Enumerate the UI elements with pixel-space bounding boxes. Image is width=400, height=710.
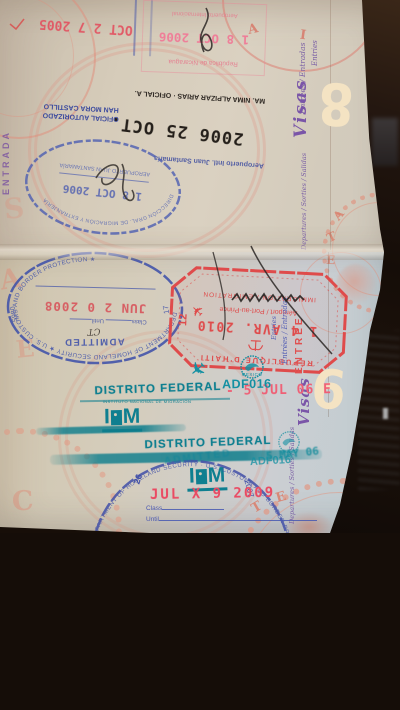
cbp-pen-note: CT: [87, 325, 100, 336]
inm1-agency: INSTITUTO NACIONAL DE MIGRACION: [102, 400, 192, 405]
until-label: Until: [92, 317, 104, 323]
haiti-emblem: [246, 337, 265, 353]
label-visas: Visas: [292, 58, 312, 138]
class-label: Class: [132, 318, 147, 324]
cbp-class-until: Class Until: [70, 315, 147, 327]
stamp-country: República de Nicaragua: [168, 57, 238, 67]
cbp2009-class-until: Class Until: [146, 503, 336, 525]
cbp-date: JUN 2 0 2008: [33, 298, 157, 316]
until-label: Until: [146, 516, 159, 523]
stamp-nicaragua: República de Nicaragua 1 8 OCT 2006 Aero…: [141, 0, 267, 76]
stamp-us-cbp-2008: DEPARTMENT OF HOMELAND SECURITY ★ U.S. C…: [0, 246, 188, 371]
background-highlight: [383, 408, 388, 419]
label-entrees-entradas-9: Entrées / Entradas: [281, 272, 289, 364]
label-departures: Departures / Sorties / Salidas: [301, 152, 308, 250]
passport-pages: A I A T E T E O S A E C OCT 2 7 2005 Rep…: [0, 0, 400, 533]
stamp-fragment: [133, 0, 153, 56]
page-number-8: 8: [317, 69, 355, 137]
entree-label: ENTREE: [294, 298, 306, 374]
date-jul-2009: JUL X 9 2009: [150, 485, 275, 503]
passport-photo: A I A T E T E O S A E C OCT 2 7 2005 Rep…: [0, 0, 400, 533]
stamp-date: 1 8 OCT 2006: [159, 29, 250, 47]
entrada-label: ENTRADA: [1, 95, 11, 195]
class-label: Class: [146, 505, 162, 512]
haiti-number: 12: [177, 313, 190, 326]
label-entries-9: Entries: [271, 280, 278, 340]
inm-logo-figure-icon: [111, 410, 122, 425]
cbp-admitted: ADMITTED: [48, 335, 140, 347]
label-entries: Entries: [311, 10, 319, 66]
stamp-oval-costa-rica: DIRECCIÓN GRAL. DE MIGRACIÓN Y EXTRANJER…: [17, 128, 189, 246]
background-reflection: [372, 118, 398, 166]
stamp-airport: Aeropuerto Internacional: [172, 9, 238, 18]
adf1-code: ADF016: [222, 377, 272, 392]
